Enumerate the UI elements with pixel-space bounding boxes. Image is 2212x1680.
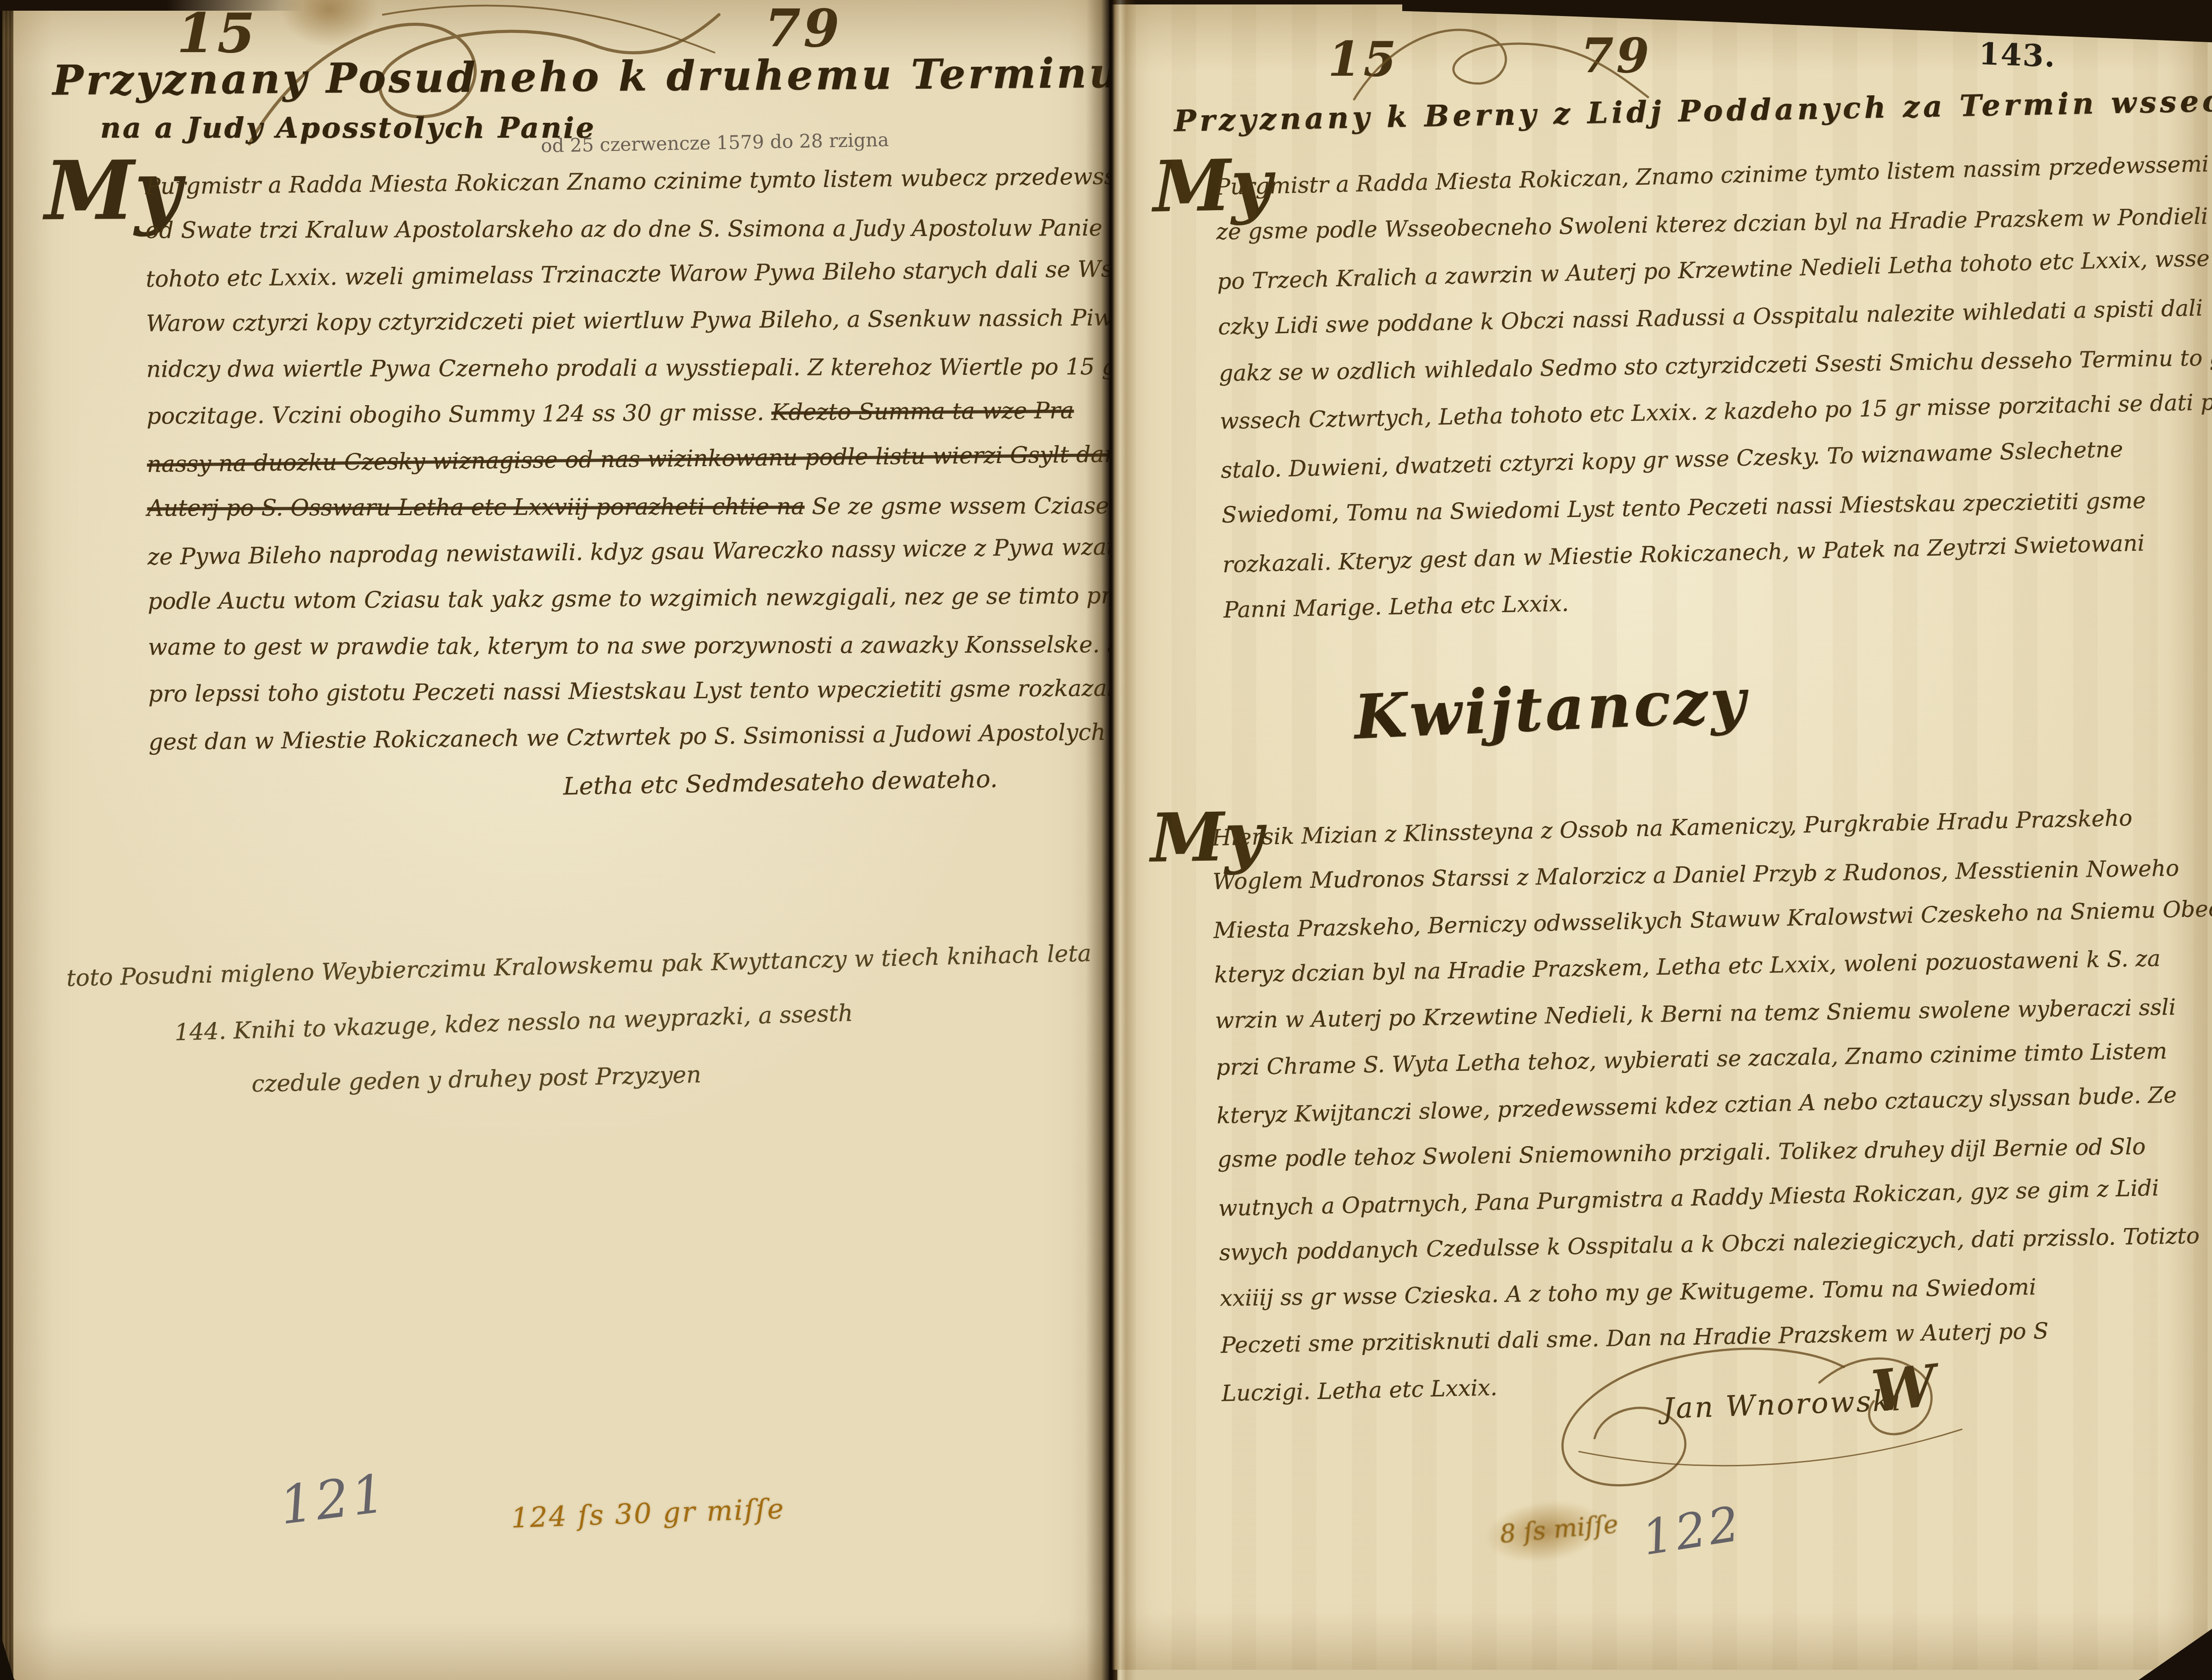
archival-folio-pencil: 122: [1639, 1496, 1746, 1566]
right-page: 15 79 143. Przyznany k Berny z Lidj Podd…: [1112, 4, 2208, 1670]
left-main-paragraph: My Purgmistr a Radda Miesta Rokiczan Zna…: [38, 156, 1101, 765]
manuscript-line: gest dan w Miestie Rokiczanech we Cztwrt…: [41, 710, 1101, 767]
binding-edge-top-left: [0, 0, 303, 11]
struck-text: Kdezto Summa ta wze Pra: [771, 398, 1074, 426]
ink-smudge: [1481, 1493, 1608, 1570]
manuscript-line: od Swate trzi Kraluw Apostolarskeho az d…: [39, 205, 1098, 254]
manuscript-line: podle Auctu wtom Cziasu tak yakz gsme to…: [41, 573, 1101, 626]
manuscript-line: Warow cztyrzi kopy cztyrzidczeti piet wi…: [39, 295, 1099, 348]
manuscript-line: przi Chrame S. Wyta Letha tehoz, wybiera…: [1128, 1027, 2188, 1092]
initial-capital: My: [1153, 150, 1273, 223]
ink-smudge-text: 8 ſs miſſe: [1499, 1510, 1619, 1549]
manuscript-line: stalo. Duwieni, dwatzeti cztyrzi kopy gr…: [1130, 424, 2191, 496]
manuscript-line: czky Lidi swe poddane k Obczi nassi Radu…: [1128, 285, 2188, 352]
pen-flourish-icon: [1343, 12, 1664, 119]
manuscript-line: Miesta Prazskeho, Berniczy odwsselikych …: [1126, 886, 2186, 956]
receipt-heading: Kwijtanczy: [1353, 665, 1749, 753]
manuscript-line: gakz se w ozdlich wihledalo Sedmo sto cz…: [1128, 334, 2188, 398]
year-numeral-right: 79: [765, 0, 842, 59]
manuscript-book: 15 79 Przyznany Posudneho k druhemu Term…: [0, 0, 2212, 1680]
manuscript-line: wutnych a Opatrnych, Pana Purgmistra a R…: [1131, 1164, 2191, 1233]
manuscript-line: Peczeti sme przitisknuti dali sme. Dan n…: [1133, 1305, 2193, 1370]
left-page: 15 79 Przyznany Posudneho k druhemu Term…: [13, 0, 1109, 1680]
manuscript-line: Hiersik Mizian z Klinssteyna z Ossob na …: [1124, 793, 2184, 863]
manuscript-line-partially-struck: poczitage. Vczini obogiho Summy 124 ss 3…: [40, 388, 1100, 441]
line-text: Se ze gsme wssem Cziase wi: [812, 493, 1143, 520]
struck-text: Auterj po S. Osswaru Letha etc Lxxviij p…: [147, 494, 805, 522]
manuscript-line: ze gsme podle Wsseobecneho Swoleni ktere…: [1126, 193, 2186, 256]
manuscript-line-struck: nassy na duozku Czesky wiznagisse od nas…: [40, 432, 1100, 489]
manuscript-line: tohoto etc Lxxix. wzeli gmimelass Trzina…: [39, 247, 1099, 304]
left-title-line-2: na a Judy Aposstolych Panie: [100, 111, 596, 145]
manuscript-line: Panni Marige. Letha etc Lxxix.: [1133, 568, 2193, 635]
manuscript-line: Purgmistr a Radda Miesta Rokiczan Znamo …: [38, 154, 1098, 212]
year-numeral-left: 15: [1328, 31, 1399, 87]
page-edges-left: [0, 0, 15, 1680]
struck-text: nassy na duozku Czesky wiznagisse od nas…: [147, 440, 1202, 478]
manuscript-line: ze Pywa Bileho naprodag newistawili. kdy…: [41, 525, 1100, 582]
manuscript-line: rozkazali. Kteryz gest dan w Miestie Rok…: [1132, 518, 2192, 590]
right-title: Przyznany k Berny z Lidj Poddanych za Te…: [1173, 81, 2212, 138]
manuscript-line: Luczigi. Letha etc Lxxix.: [1134, 1349, 2194, 1419]
line-text: poczitage. Vczini obogiho Summy 124 ss 3…: [146, 399, 764, 429]
folio-number: 143.: [1978, 36, 2057, 74]
left-title-text: Przyznany Posudneho k druhemu Terminu S: [53, 49, 1171, 105]
ink-sum-note: 124 ſs 30 gr miſſe: [511, 1492, 786, 1534]
right-paragraph-receipt: My Hiersik Mizian z Klinssteyna z Ossob …: [1124, 796, 2194, 1416]
manuscript-line: wssech Cztwrtych, Letha tohoto etc Lxxix…: [1129, 379, 2190, 447]
initial-capital: My: [1150, 803, 1264, 871]
manuscript-line: wrzin w Auterj po Krzewtine Nedieli, k B…: [1128, 984, 2188, 1045]
right-paragraph-declaration: My Purgmistr a Radda Miesta Rokiczan, Zn…: [1125, 143, 2193, 635]
left-closing-line: Letha etc Sedmdesateho dewateho.: [563, 765, 998, 800]
left-note-paragraph: toto Posudni migleno Weybierczimu Kralow…: [38, 926, 1095, 1117]
manuscript-line: gsme podle tehoz Swoleni Sniemowniho prz…: [1130, 1123, 2190, 1184]
manuscript-line: Woglem Mudronos Starssi z Malorzicz a Da…: [1125, 845, 2185, 906]
manuscript-line-partially-struck: Auterj po S. Osswaru Letha etc Lxxviij p…: [41, 483, 1100, 532]
signature: Jan Wnorowski: [1662, 1384, 1903, 1426]
manuscript-line: Purgmistr a Radda Miesta Rokiczan, Znamo…: [1125, 141, 2185, 213]
manuscript-line: nidczy dwa wiertle Pywa Czerneho prodali…: [40, 344, 1099, 393]
year-numeral-right: 79: [1581, 28, 1652, 83]
manuscript-line: swych poddanych Czedulsse k Osspitalu a …: [1132, 1212, 2192, 1277]
manuscript-line: Swiedomi, Tomu na Swiedomi Lyst tento Pe…: [1131, 476, 2191, 540]
manuscript-line: kteryz dczian byl na Hradie Prazskem, Le…: [1127, 935, 2187, 1000]
signature-flourish-icon: [1512, 1316, 1993, 1512]
manuscript-line: wame to gest w prawdie tak, kterym to na…: [41, 622, 1100, 671]
manuscript-line: kteryz Kwijtanczi slowe, przedewssemi kd…: [1129, 1071, 2189, 1141]
manuscript-line: po Trzech Kralich a zawrzin w Auterj po …: [1127, 235, 2187, 307]
manuscript-line: xxiiij ss gr wsse Czieska. A z toho my g…: [1132, 1261, 2192, 1322]
signature-monogram: W: [1869, 1352, 1940, 1425]
manuscript-line: pro lepssi toho gistotu Peczeti nassi Mi…: [41, 666, 1101, 719]
right-title-text: Przyznany k Berny z Lidj Poddanych za Te…: [1173, 82, 2212, 138]
archival-folio-pencil: 121: [276, 1462, 391, 1537]
